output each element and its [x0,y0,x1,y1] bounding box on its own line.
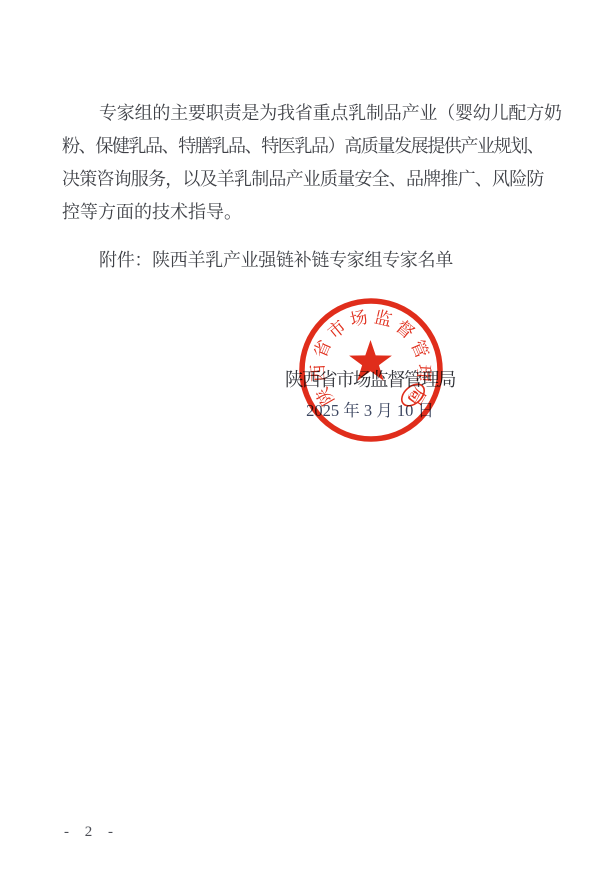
body-paragraph: 专家组的主要职责是为我省重点乳制品产业（婴幼儿配方奶 粉、保健乳品、特膳乳品、特… [62,97,544,229]
seal-ring-char: 市 [324,316,350,343]
seal-ring-char: 场 [348,307,370,330]
seal-ring-char: 理 [413,364,434,383]
page-number: - 2 - [64,824,119,841]
seal-ring-char: 省 [310,337,335,361]
attachment-line: 附件：陕西羊乳产业强链补链专家组专家名单 [62,244,562,277]
document-page: 专家组的主要职责是为我省重点乳制品产业（婴幼儿配方奶 粉、保健乳品、特膳乳品、特… [0,0,600,872]
body-line-3: 决策咨询服务，以及羊乳制品产业质量安全、品牌推广、风险防 [62,163,544,196]
seal-ring-char: 督 [392,316,418,343]
body-line-4: 控等方面的技术指导。 [62,196,544,229]
body-line-1: 专家组的主要职责是为我省重点乳制品产业（婴幼儿配方奶 [62,97,544,130]
seal-ring-char: 西 [308,364,329,383]
body-line-2: 粉、保健乳品、特膳乳品、特医乳品）高质量发展提供产业规划、 [62,130,544,163]
seal-ring-char: 陕 [312,384,338,409]
seal-star-icon [349,340,392,381]
seal-ring-char: 监 [372,307,394,330]
seal-ring-char: 管 [407,337,432,361]
official-seal-icon: 陕西省市场监督管理局 (2) [291,290,451,450]
